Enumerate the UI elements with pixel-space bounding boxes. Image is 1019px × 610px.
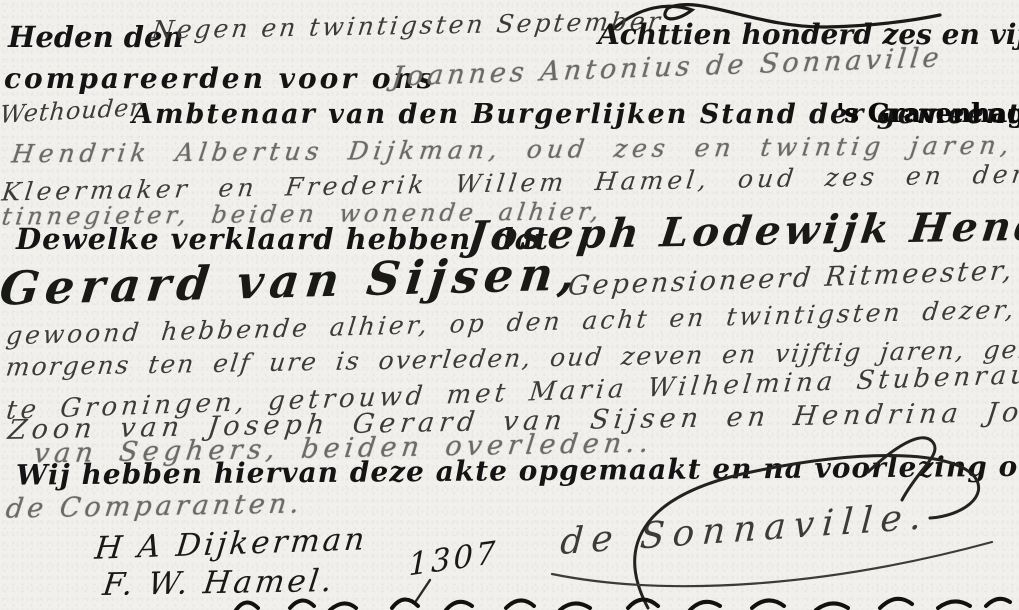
act-number-text: 1307 — [408, 534, 498, 583]
date-text: Negen en twintigsten September — [150, 7, 664, 45]
death-record-scan: Heden den Negen en twintigsten September… — [0, 0, 1019, 610]
comparanten-line: de Comparanten. — [6, 488, 303, 524]
deceased-name-part2: Gerard van Sijsen, — [0, 246, 582, 315]
deceased-occupation: Gepensioneerd Ritmeester, — [568, 255, 1015, 302]
municipality-name: 's Gravenhage: — [836, 99, 1019, 129]
signature-registrar: de Sonnaville. — [559, 496, 931, 563]
printed-compareerden: compareerden voor ons — [4, 62, 436, 95]
comparanten-text: de Comparanten. — [4, 488, 305, 524]
registrar-title-handwritten: Wethouder — [0, 93, 143, 128]
line-compareerden: compareerden voor ons — [4, 62, 436, 95]
signature-registrar-text: de Sonnaville. — [559, 496, 931, 563]
municipality-text: 's Gravenhage: — [836, 99, 1019, 129]
signature-witness1-text: H A Dijkerman — [93, 521, 369, 567]
signature-witness2: F. W. Hamel. — [103, 563, 335, 603]
signature-witness1: H A Dijkerman — [94, 521, 367, 566]
deceased-occupation-text: Gepensioneerd Ritmeester, — [566, 255, 1016, 302]
registrar-title-text: Wethouder — [0, 93, 143, 129]
deceased-name-part2-text: Gerard van Sijsen, — [0, 246, 584, 315]
signature-witness2-text: F. W. Hamel. — [101, 563, 337, 603]
handwritten-date: Negen en twintigsten September — [152, 7, 663, 45]
act-number: 1307 — [406, 535, 501, 583]
